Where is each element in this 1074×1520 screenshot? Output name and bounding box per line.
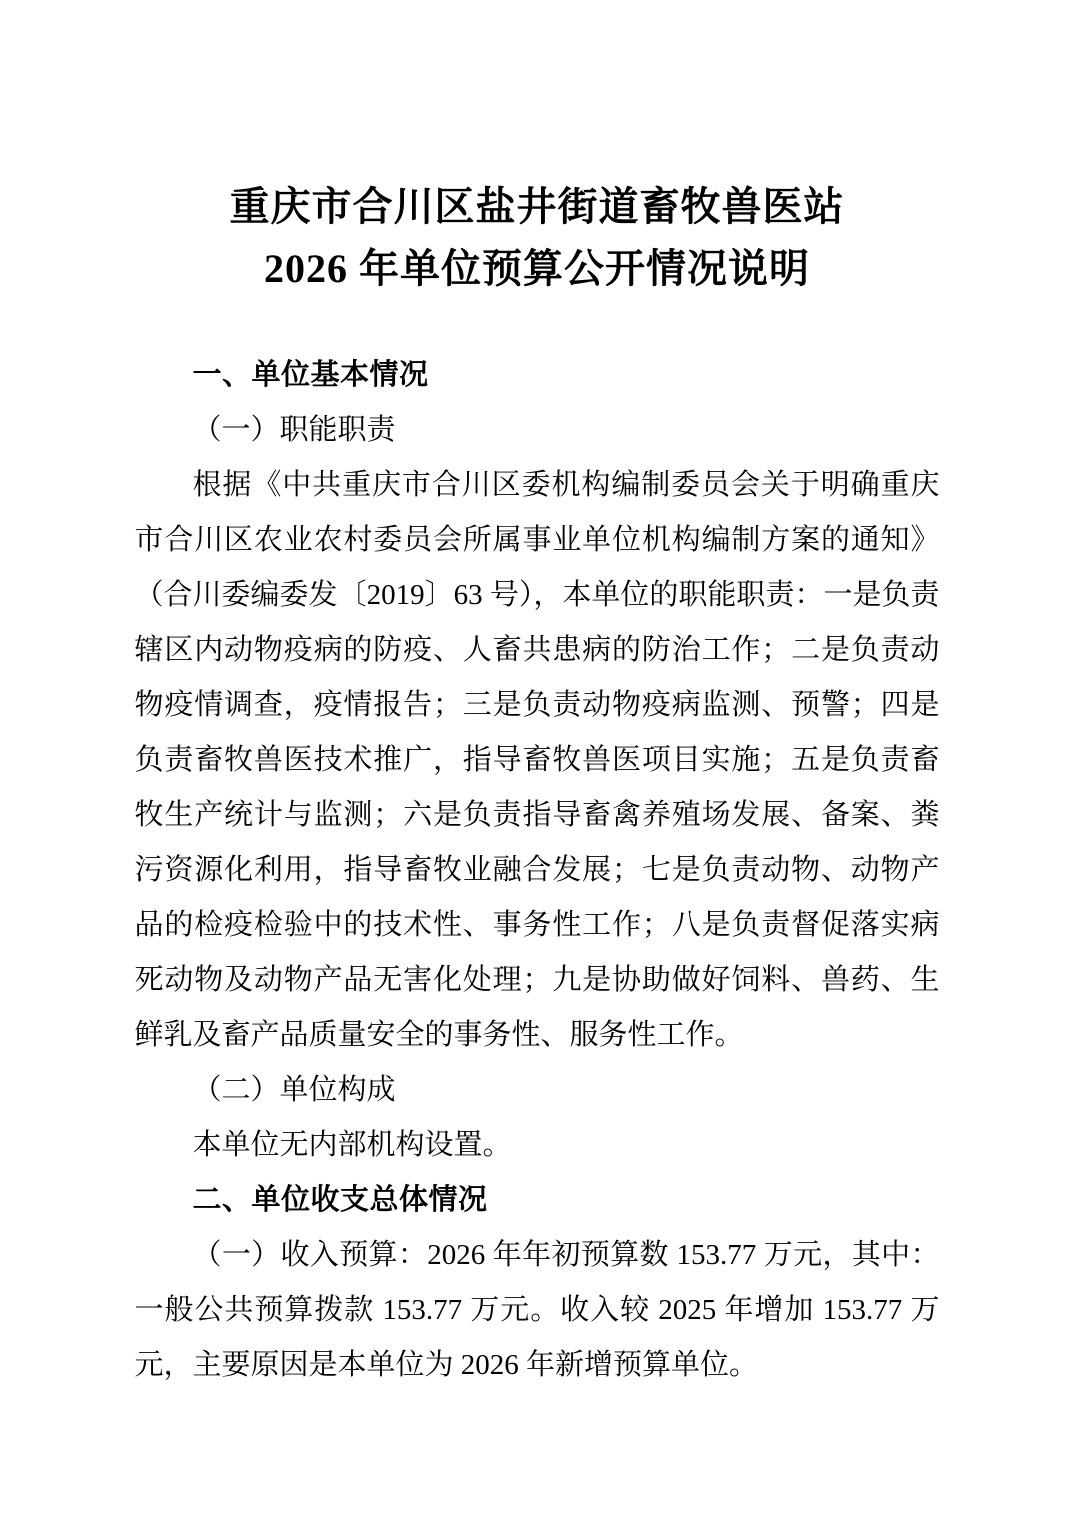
document-page: 重庆市合川区盐井街道畜牧兽医站 2026 年单位预算公开情况说明 一、单位基本情… [0,0,1074,1520]
document-title-line2: 2026 年单位预算公开情况说明 [0,238,1074,300]
document-body: 一、单位基本情况 （一）职能职责 根据《中共重庆市合川区委机构编制委员会关于明确… [135,348,940,1393]
section1-sub2-heading: （二）单位构成 [135,1063,940,1118]
document-title-line1: 重庆市合川区盐井街道畜牧兽医站 [0,176,1074,238]
section1-sub1-paragraph: 根据《中共重庆市合川区委机构编制委员会关于明确重庆市合川区农业农村委员会所属事业… [135,458,940,1063]
section1-sub2-paragraph: 本单位无内部机构设置。 [135,1118,940,1173]
document-title: 重庆市合川区盐井街道畜牧兽医站 2026 年单位预算公开情况说明 [0,0,1074,300]
section2-sub1-paragraph: （一）收入预算：2026 年年初预算数 153.77 万元，其中：一般公共预算拨… [135,1228,940,1393]
section2-heading: 二、单位收支总体情况 [135,1173,940,1228]
section1-heading: 一、单位基本情况 [135,348,940,403]
section1-sub1-heading: （一）职能职责 [135,403,940,458]
